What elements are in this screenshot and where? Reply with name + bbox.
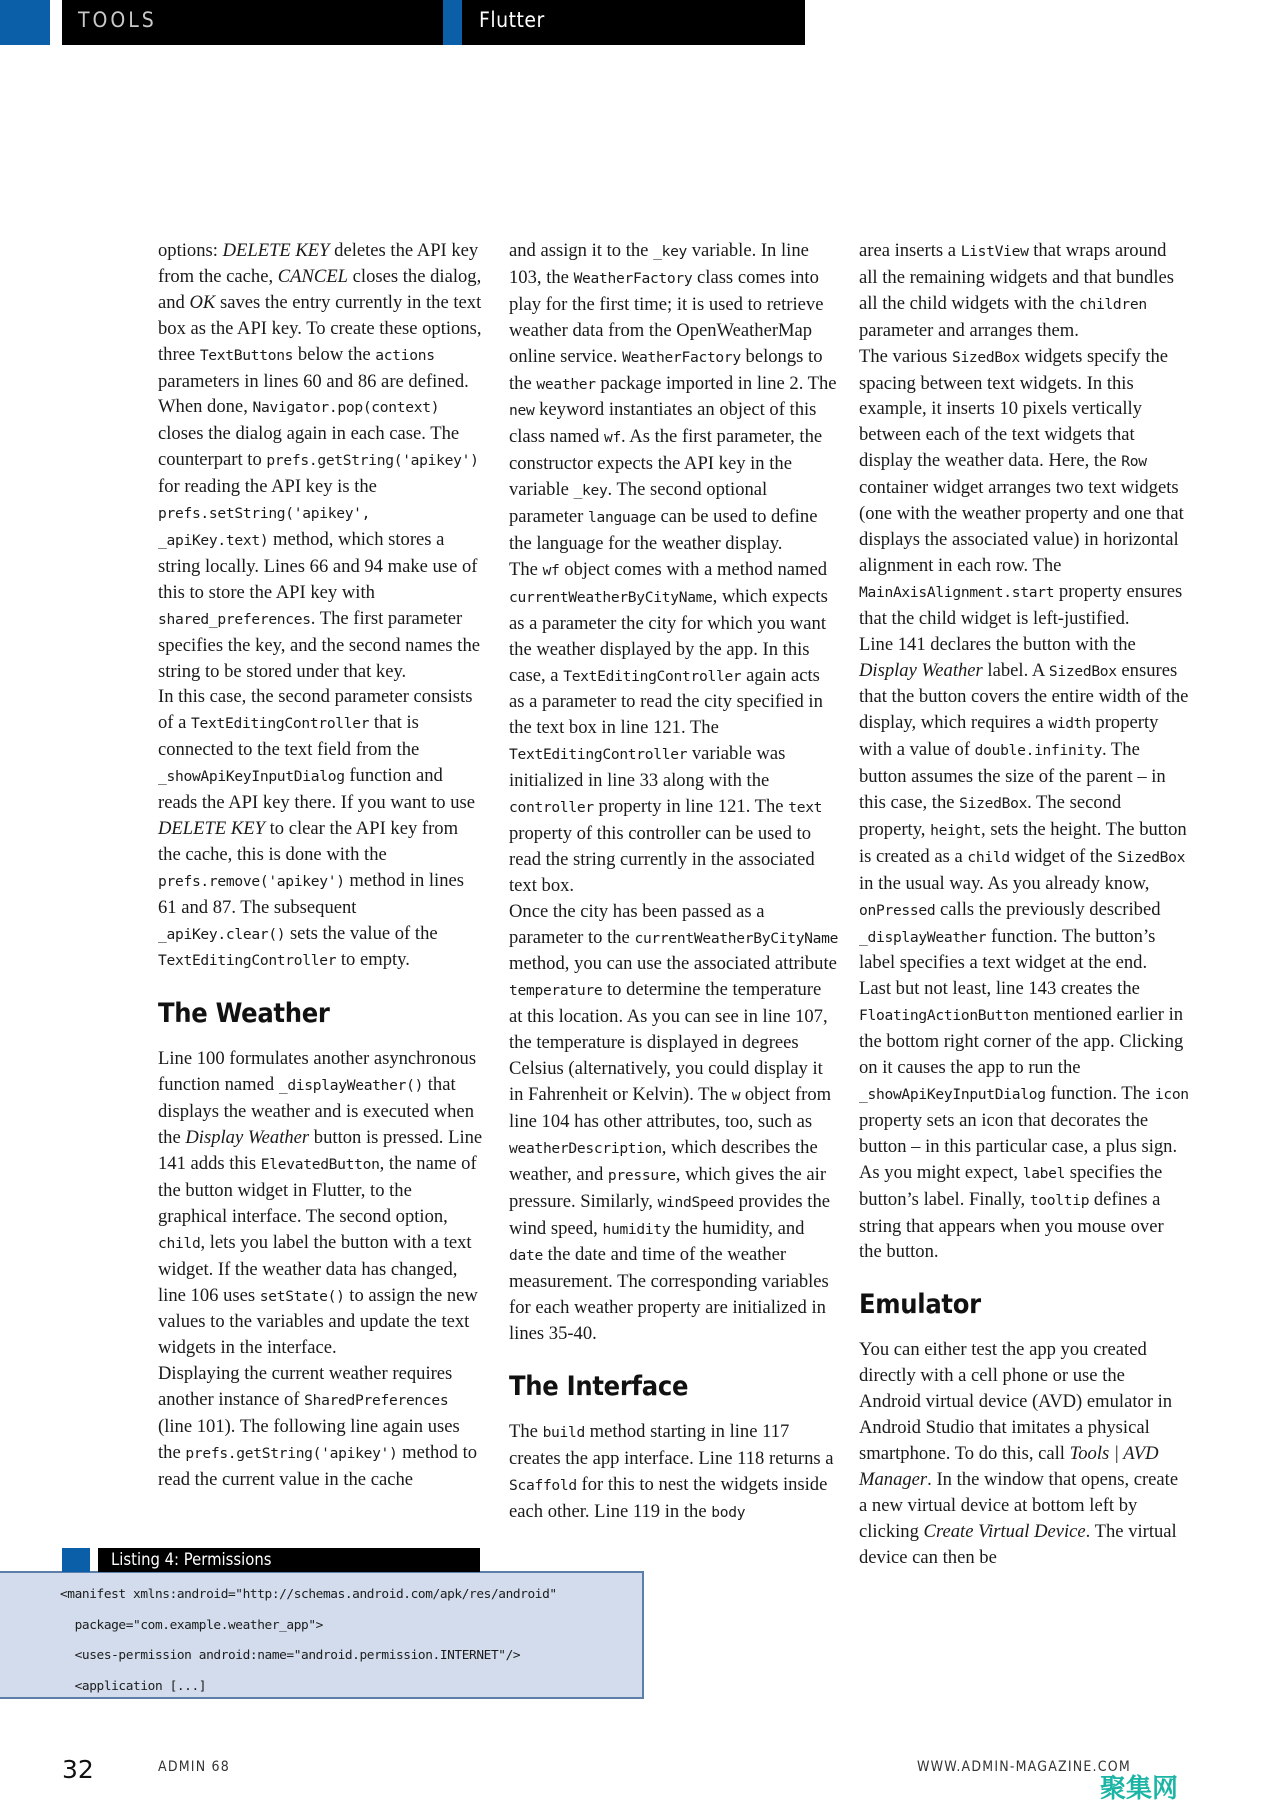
topic-label: Flutter	[479, 8, 545, 32]
paragraph: In this case, the second parameter consi…	[158, 684, 484, 974]
paragraph: The build method starting in line 117	[509, 1419, 839, 1446]
paragraph: Displaying the current weather requires …	[158, 1361, 484, 1493]
paragraph: Line 141 declares the button with the Di…	[859, 632, 1189, 977]
section-heading-weather: The Weather	[158, 998, 484, 1030]
header-divider-stripe	[443, 0, 462, 45]
header-bar	[62, 0, 805, 45]
paragraph: Line 100 formulates another asynchronous…	[158, 1046, 484, 1361]
section-heading-emulator: Emulator	[859, 1289, 1189, 1321]
header-accent-block	[0, 0, 50, 45]
watermark: 聚集网	[1100, 1768, 1178, 1800]
listing-code: <manifest xmlns:android="http://schemas.…	[60, 1580, 557, 1702]
paragraph: options: DELETE KEY deletes the API key …	[158, 238, 484, 684]
page-number: 32	[62, 1755, 94, 1784]
site-url: WWW.ADMIN-MAGAZINE.COM	[917, 1759, 1131, 1775]
paragraph: Last but not least, line 143 creates the…	[859, 976, 1189, 1265]
section-heading-interface: The Interface	[509, 1371, 839, 1403]
listing-accent-block	[62, 1548, 90, 1572]
issue-label: ADMIN 68	[158, 1759, 230, 1775]
paragraph: area inserts a ListView that wraps aroun…	[859, 238, 1189, 344]
paragraph: and assign it to the _key variable. In l…	[509, 238, 839, 557]
paragraph: creates the app interface. Line 118 retu…	[509, 1446, 839, 1526]
column-1: options: DELETE KEY deletes the API key …	[158, 238, 484, 1493]
paragraph: The various SizedBox widgets specify the…	[859, 344, 1189, 632]
section-label: TOOLS	[78, 8, 157, 32]
paragraph: The wf object comes with a method named …	[509, 557, 839, 899]
paragraph: Once the city has been passed as a param…	[509, 899, 839, 1347]
paragraph: You can either test the app you created …	[859, 1337, 1189, 1570]
listing-title: Listing 4: Permissions	[111, 1550, 272, 1569]
column-2: and assign it to the _key variable. In l…	[509, 238, 839, 1526]
column-3: area inserts a ListView that wraps aroun…	[859, 238, 1189, 1571]
